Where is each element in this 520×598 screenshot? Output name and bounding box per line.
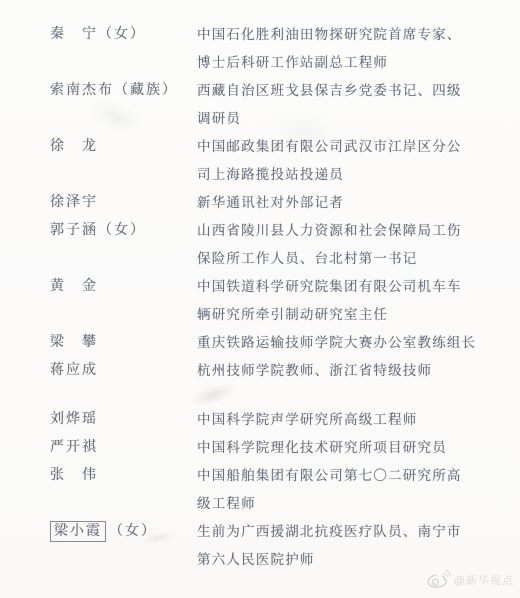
role-line: 级工程师 <box>197 490 510 518</box>
person-name: 蒋应成 <box>50 357 197 385</box>
person-row: 徐 龙 中国邮政集团有限公司武汉市江岸区分公 司上海路揽投站投递员 <box>50 133 510 189</box>
person-role: 中国船舶集团有限公司第七〇二研究所高 级工程师 <box>197 462 510 518</box>
role-line: 生前为广西援湖北抗疫医疗队员、南宁市 <box>197 518 510 546</box>
document-page: 秦 宁（女） 中国石化胜利油田物探研究院首席专家、 博士后科研工作站副总工程师 … <box>0 0 520 598</box>
role-line: 保险所工作人员、台北村第一书记 <box>197 245 510 273</box>
role-line: 中国科学院声学研究所高级工程师 <box>197 406 510 434</box>
person-role: 山西省陵川县人力资源和社会保障局工伤 保险所工作人员、台北村第一书记 <box>197 217 510 273</box>
person-row: 黄 金 中国铁道科学研究院集团有限公司机车车 辆研究所牵引制动研究室主任 <box>50 273 510 329</box>
role-line: 中国船舶集团有限公司第七〇二研究所高 <box>197 462 510 490</box>
person-row: 张 伟 中国船舶集团有限公司第七〇二研究所高 级工程师 <box>50 462 510 518</box>
person-row: 梁 攀 重庆铁路运输技师学院大赛办公室教练组长 <box>50 329 510 357</box>
role-line: 山西省陵川县人力资源和社会保障局工伤 <box>197 217 510 245</box>
person-row: 严开祺 中国科学院理化技术研究所项目研究员 <box>50 434 510 462</box>
weibo-watermark: @新华视点 <box>426 569 514 590</box>
role-line: 中国石化胜利油田物探研究院首席专家、 <box>197 21 510 49</box>
person-row: 徐泽宇 新华通讯社对外部记者 <box>50 189 510 217</box>
person-name: 张 伟 <box>50 462 197 490</box>
person-role: 中国科学院理化技术研究所项目研究员 <box>197 434 510 462</box>
person-role: 生前为广西援湖北抗疫医疗队员、南宁市 第六人民医院护师 <box>197 518 510 574</box>
person-role: 重庆铁路运输技师学院大赛办公室教练组长 <box>197 329 510 357</box>
honor-roll-list: 秦 宁（女） 中国石化胜利油田物探研究院首席专家、 博士后科研工作站副总工程师 … <box>50 21 510 574</box>
person-name: 梁小霞（女） <box>50 518 197 546</box>
person-role: 西藏自治区班戈县保吉乡党委书记、四级 调研员 <box>197 77 510 133</box>
weibo-icon <box>426 569 451 590</box>
person-row: 索南杰布（藏族） 西藏自治区班戈县保吉乡党委书记、四级 调研员 <box>50 77 510 133</box>
deceased-name-box: 梁小霞 <box>50 521 106 542</box>
person-row: 刘烨瑶 中国科学院声学研究所高级工程师 <box>50 406 510 434</box>
person-name: 刘烨瑶 <box>50 406 197 434</box>
role-line: 辆研究所牵引制动研究室主任 <box>197 301 510 329</box>
person-row: 郭子涵（女） 山西省陵川县人力资源和社会保障局工伤 保险所工作人员、台北村第一书… <box>50 217 510 273</box>
person-name: 郭子涵（女） <box>50 217 197 245</box>
person-name: 索南杰布（藏族） <box>50 77 197 105</box>
person-role: 新华通讯社对外部记者 <box>197 189 510 217</box>
role-line: 中国邮政集团有限公司武汉市江岸区分公 <box>197 133 510 161</box>
role-line: 新华通讯社对外部记者 <box>197 189 510 217</box>
person-name: 徐 龙 <box>50 133 197 161</box>
role-line: 重庆铁路运输技师学院大赛办公室教练组长 <box>197 329 510 357</box>
role-line: 调研员 <box>197 105 510 133</box>
person-name: 黄 金 <box>50 273 197 301</box>
person-name: 秦 宁（女） <box>50 21 197 49</box>
person-name-suffix: （女） <box>109 524 157 539</box>
role-line: 杭州技师学院教师、浙江省特级技师 <box>197 357 510 385</box>
person-name: 徐泽宇 <box>50 189 197 217</box>
person-role: 中国科学院声学研究所高级工程师 <box>197 406 510 434</box>
person-role: 中国铁道科学研究院集团有限公司机车车 辆研究所牵引制动研究室主任 <box>197 273 510 329</box>
person-row: 蒋应成 杭州技师学院教师、浙江省特级技师 <box>50 357 510 385</box>
person-name: 严开祺 <box>50 434 197 462</box>
person-name: 梁 攀 <box>50 329 197 357</box>
role-line: 中国科学院理化技术研究所项目研究员 <box>197 434 510 462</box>
role-line: 中国铁道科学研究院集团有限公司机车车 <box>197 273 510 301</box>
role-line: 博士后科研工作站副总工程师 <box>197 49 510 77</box>
person-row: 梁小霞（女） 生前为广西援湖北抗疫医疗队员、南宁市 第六人民医院护师 <box>50 518 510 574</box>
person-role: 中国邮政集团有限公司武汉市江岸区分公 司上海路揽投站投递员 <box>197 133 510 189</box>
role-line: 司上海路揽投站投递员 <box>197 161 510 189</box>
person-role: 杭州技师学院教师、浙江省特级技师 <box>197 357 510 385</box>
person-row: 秦 宁（女） 中国石化胜利油田物探研究院首席专家、 博士后科研工作站副总工程师 <box>50 21 510 77</box>
weibo-watermark-label: @新华视点 <box>454 572 514 588</box>
person-role: 中国石化胜利油田物探研究院首席专家、 博士后科研工作站副总工程师 <box>197 21 510 77</box>
role-line: 西藏自治区班戈县保吉乡党委书记、四级 <box>197 77 510 105</box>
